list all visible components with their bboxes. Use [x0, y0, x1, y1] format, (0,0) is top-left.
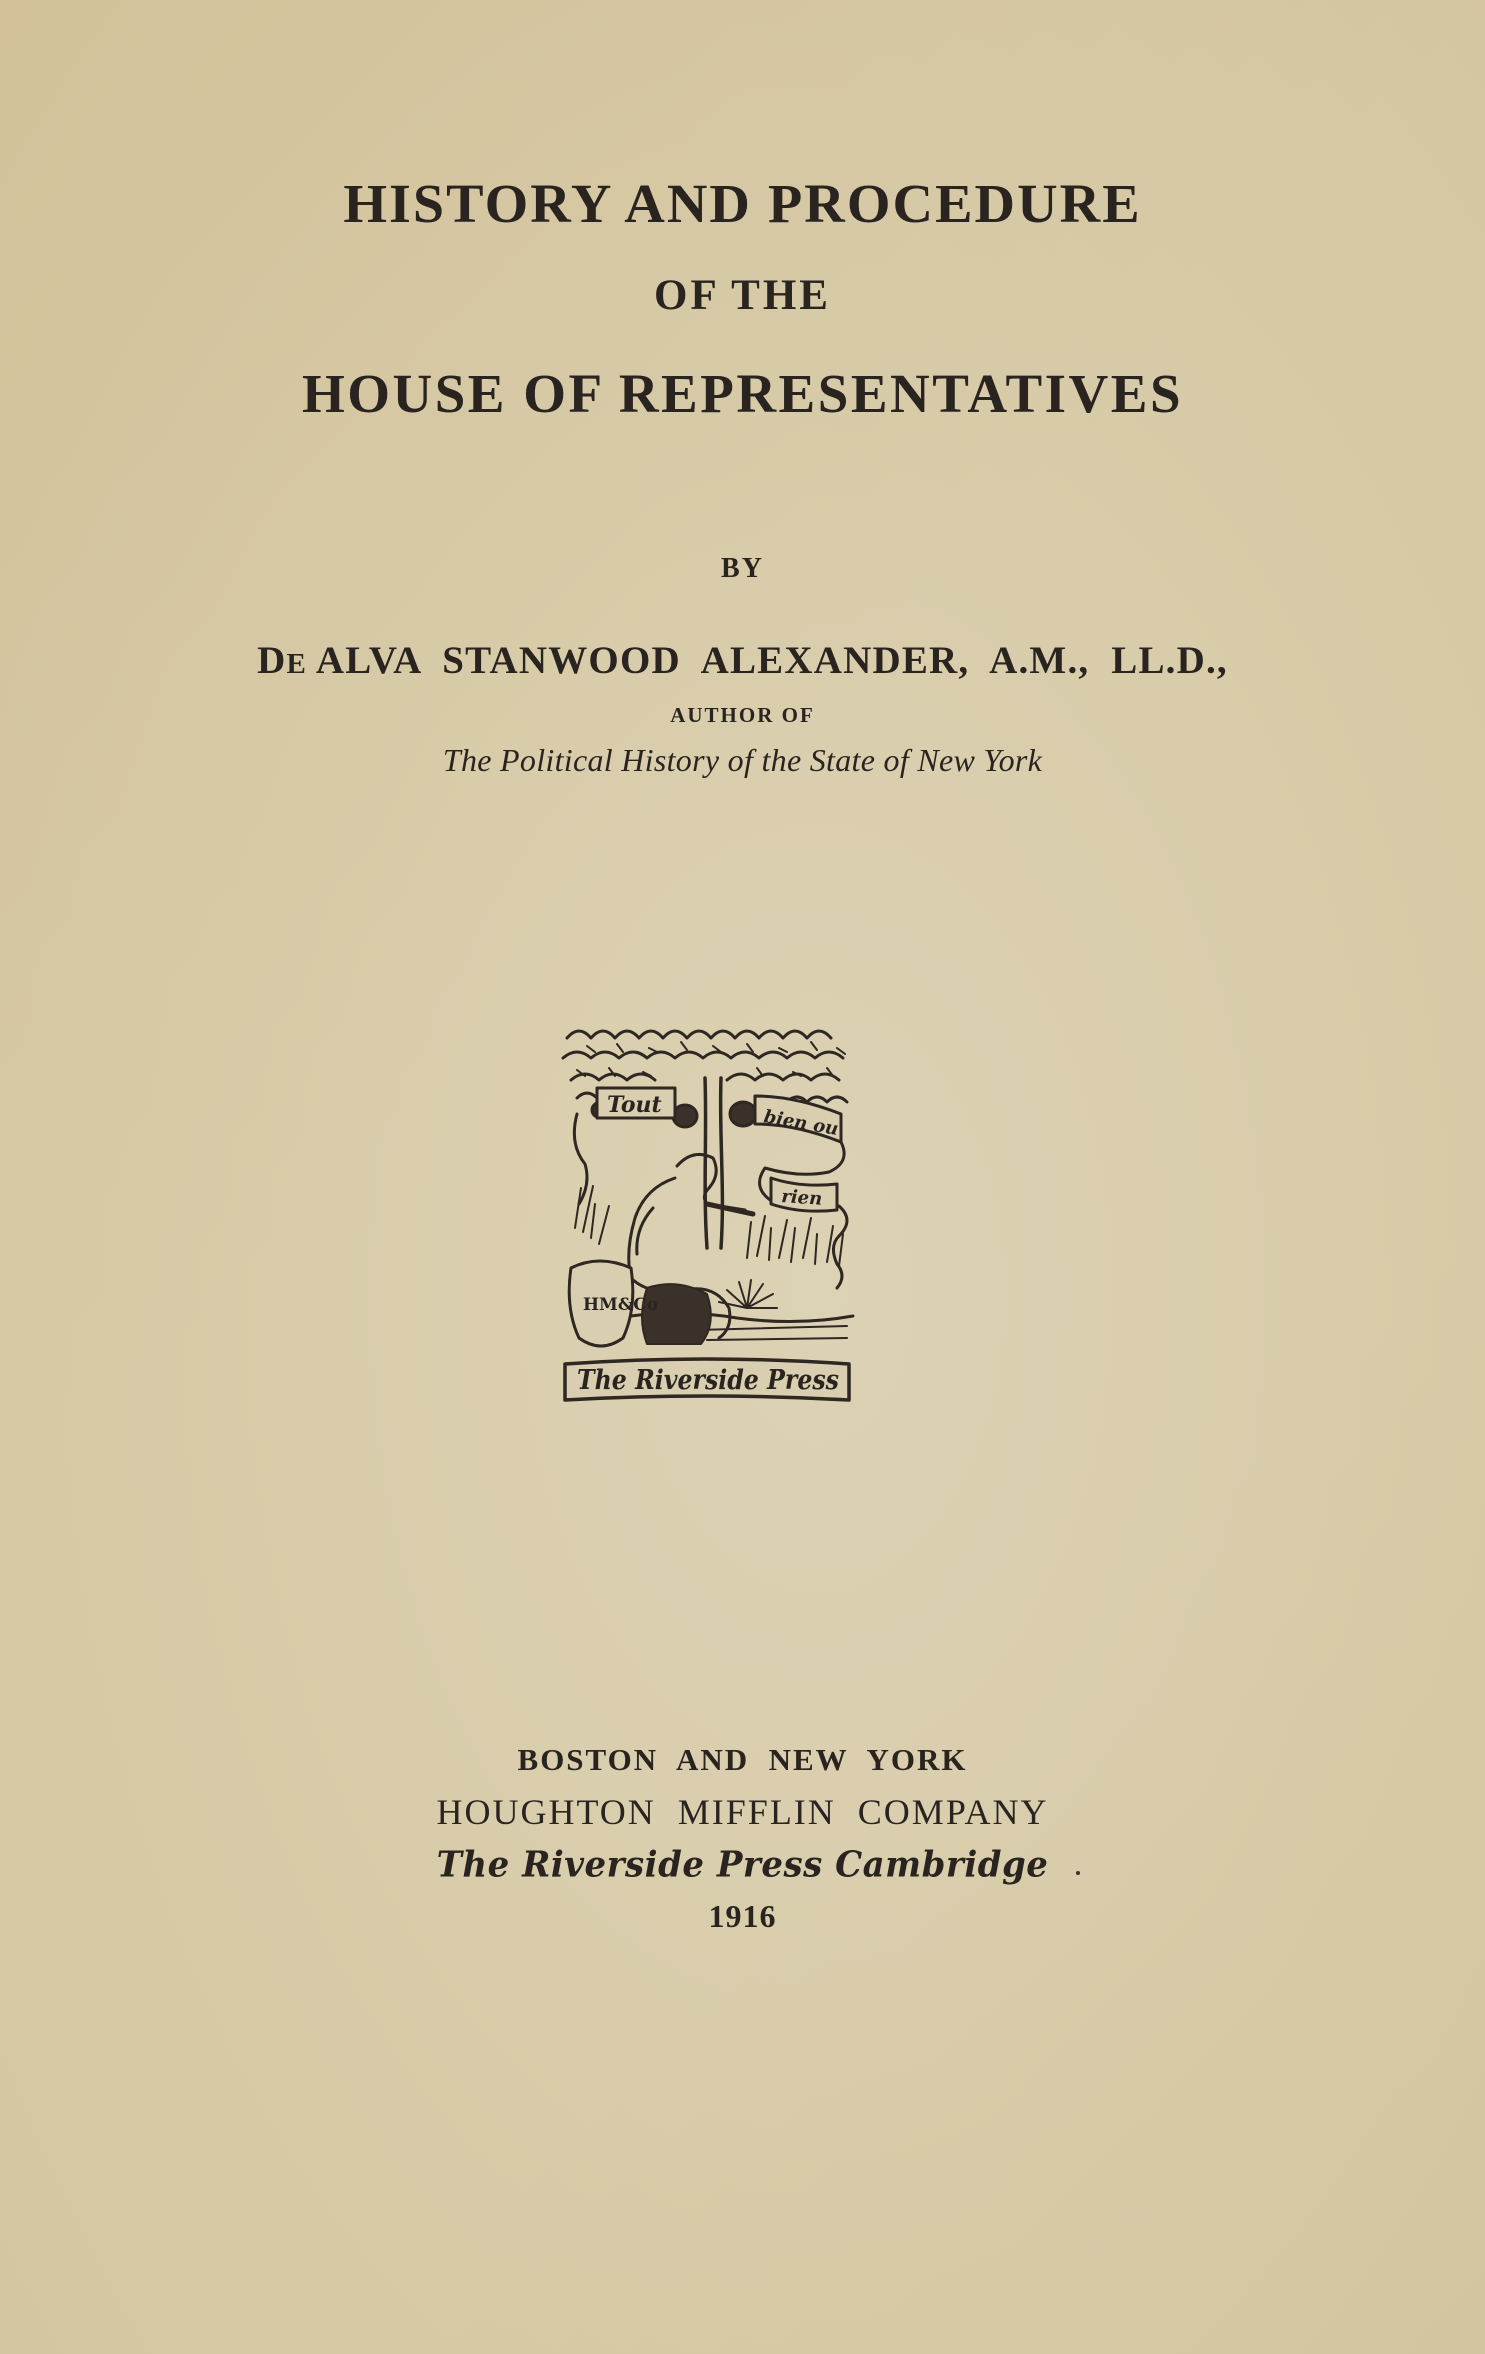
imprint-place: BOSTON AND NEW YORK	[0, 1744, 1485, 1775]
author-name-rest: ALVA STANWOOD ALEXANDER, A.M., LL.D.,	[307, 639, 1228, 682]
previous-work-title: The Political History of the State of Ne…	[0, 744, 1485, 776]
author-prefix-smallcap: E	[286, 648, 307, 680]
paper-speck	[1076, 1871, 1080, 1875]
motto-left: Tout	[607, 1092, 662, 1118]
riverside-press-device: Tout bien ou rien HM&Co The Riverside Pr…	[557, 1018, 859, 1408]
author-name: DE ALVA STANWOOD ALEXANDER, A.M., LL.D.,	[0, 641, 1485, 680]
device-banner-text: The Riverside Press	[577, 1365, 839, 1396]
monogram: HM&Co	[583, 1295, 658, 1315]
motto-bottom: rien	[781, 1186, 823, 1210]
byline-by: BY	[0, 555, 1485, 583]
imprint-year: 1916	[0, 1900, 1485, 1932]
author-of-label: AUTHOR OF	[0, 705, 1485, 726]
imprint-press: The Riverside Press Cambridge	[0, 1847, 1485, 1883]
printers-device-illustration: Tout bien ou rien HM&Co The Riverside Pr…	[557, 1018, 859, 1408]
author-prefix-cap: D	[257, 639, 286, 682]
title-line-1: HISTORY AND PROCEDURE	[0, 176, 1485, 231]
title-line-2: OF THE	[0, 274, 1485, 317]
imprint-publisher: HOUGHTON MIFFLIN COMPANY	[0, 1794, 1485, 1830]
title-line-3: HOUSE OF REPRESENTATIVES	[0, 366, 1485, 421]
